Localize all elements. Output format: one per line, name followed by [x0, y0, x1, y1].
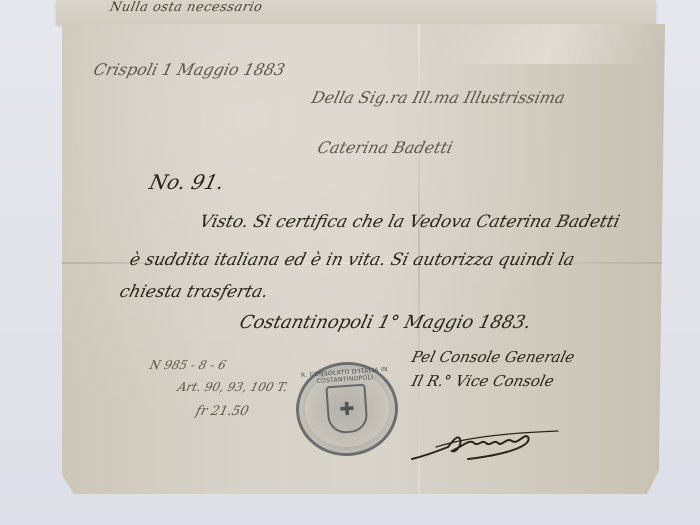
- paper-sheen: [435, 24, 670, 64]
- margin-note-3: fr 21.50: [194, 404, 250, 419]
- signatory-line-2: Il R.° Vice Console: [410, 372, 556, 390]
- addressee-line: Della Sig.ra Ill.ma Illustrissima: [310, 88, 568, 107]
- addressee-name: Caterina Badetti: [316, 138, 455, 157]
- coat-of-arms-icon: ✚: [325, 384, 368, 435]
- place-date: Crispoli 1 Maggio 1883: [92, 60, 287, 79]
- body-line-3: chiesta trasferta.: [118, 282, 271, 302]
- top-flap: Nulla osta necessario: [56, 0, 656, 24]
- signatory-line-1: Pel Console Generale: [410, 348, 577, 366]
- document-number: No. 91.: [147, 170, 227, 194]
- margin-note-1: N 985 - 8 - 6: [148, 358, 227, 372]
- body-line-2: è suddita italiana ed è in vita. Si auto…: [128, 250, 577, 270]
- margin-note-2: Art. 90, 93, 100 T.: [176, 380, 289, 394]
- body-line-1: Visto. Si certifica che la Vedova Cateri…: [198, 212, 622, 232]
- top-flap-text: Nulla osta necessario: [108, 0, 264, 15]
- closing-date: Costantinopoli 1° Maggio 1883.: [237, 312, 533, 333]
- signature-scrawl-icon: [408, 425, 578, 465]
